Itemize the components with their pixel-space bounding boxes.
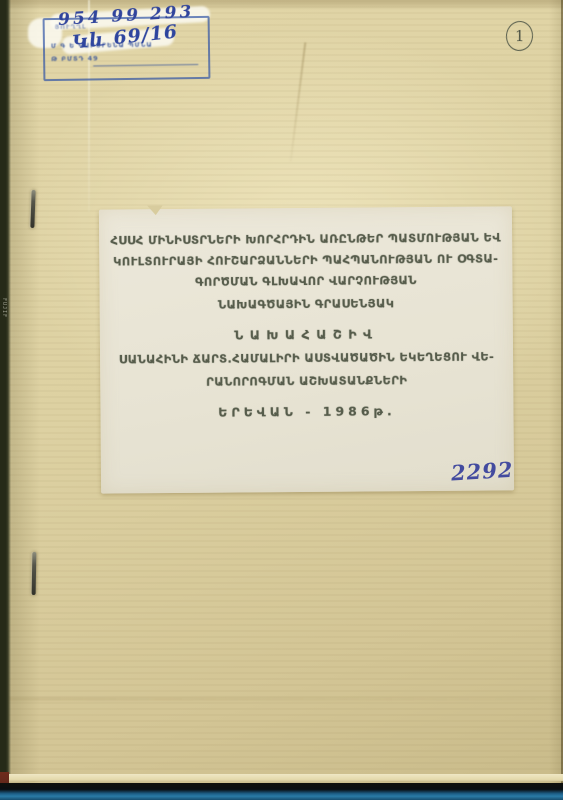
page-number-value: 1 <box>515 28 525 43</box>
paper-diagonal-crease <box>290 42 307 161</box>
stamp-row-bottom: Թ ԲՄՏԴ 49 <box>51 54 99 63</box>
title-line-1: ՀՍՍՀ ՄԻՆԻՍՏՐՆԵՐԻ ԽՈՐՀՐԴԻՆ ԱՌԸՆԹԵՐ ՊԱՏՄՈՒ… <box>99 230 512 247</box>
circled-page-number: 1 <box>505 20 535 53</box>
scanner-bed-strip <box>0 783 563 800</box>
label-torn-notch <box>147 205 163 215</box>
stamp-underline <box>93 64 198 66</box>
document-scan: ՅՈՒՂՂԼ Մ Գ Ե ԿԱԲԵՐԵՆԱ ՊՄՆԱ Թ ԲՄՏԴ 49 954… <box>0 0 563 800</box>
title-line-8-city-year: ԵՐԵՎԱՆ - 1986թ. <box>100 402 513 420</box>
scanner-spine-edge: FUJIF <box>0 0 11 785</box>
paper-sheet: ՅՈՒՂՂԼ Մ Գ Ե ԿԱԲԵՐԵՆԱ ՊՄՆԱ Թ ԲՄՏԴ 49 954… <box>0 0 563 785</box>
title-line-2: ԿՈՒԼՏՈՒՐԱՅԻ ՀՈՒՇԱՐՁԱՆՆԵՐԻ ՊԱՀՊԱՆՈՒԹՅԱՆ Ո… <box>99 251 512 268</box>
library-stamp-area: ՅՈՒՂՂԼ Մ Գ Ե ԿԱԲԵՐԵՆԱ ՊՄՆԱ Թ ԲՄՏԴ 49 954… <box>0 0 250 100</box>
staple-bottom <box>32 552 37 595</box>
title-line-6: ՍԱՆԱՀԻՆԻ ՃԱՐՏ.ՀԱՄԱԼԻՐԻ ԱՍՏՎԱԾԱԾԻՆ ԵԿԵՂԵՑ… <box>100 349 513 366</box>
handwritten-inventory-number: 2292 <box>450 457 514 486</box>
title-line-5-estimate: ՆԱԽԱՀԱՇԻՎ <box>100 325 513 343</box>
pasted-title-label: ՀՍՍՀ ՄԻՆԻՍՏՐՆԵՐԻ ԽՈՐՀՐԴԻՆ ԱՌԸՆԹԵՐ ՊԱՏՄՈՒ… <box>99 206 514 493</box>
title-line-3: ԳՈՐԾՄԱՆ ԳԼԽԱՎՈՐ ՎԱՐՉՈՒԹՅԱՆ <box>99 272 512 289</box>
staple-top <box>30 190 35 228</box>
title-line-7: ՐԱՆՈՐՈԳՄԱՆ ԱՇԽԱՏԱՆՔՆԵՐԻ <box>100 372 513 389</box>
paper-horizontal-crease <box>0 698 563 700</box>
film-edge-text: FUJIF <box>1 298 7 318</box>
title-line-4: ՆԱԽԱԳԾԱՅԻՆ ԳՐԱՍԵՆՅԱԿ <box>100 295 513 312</box>
